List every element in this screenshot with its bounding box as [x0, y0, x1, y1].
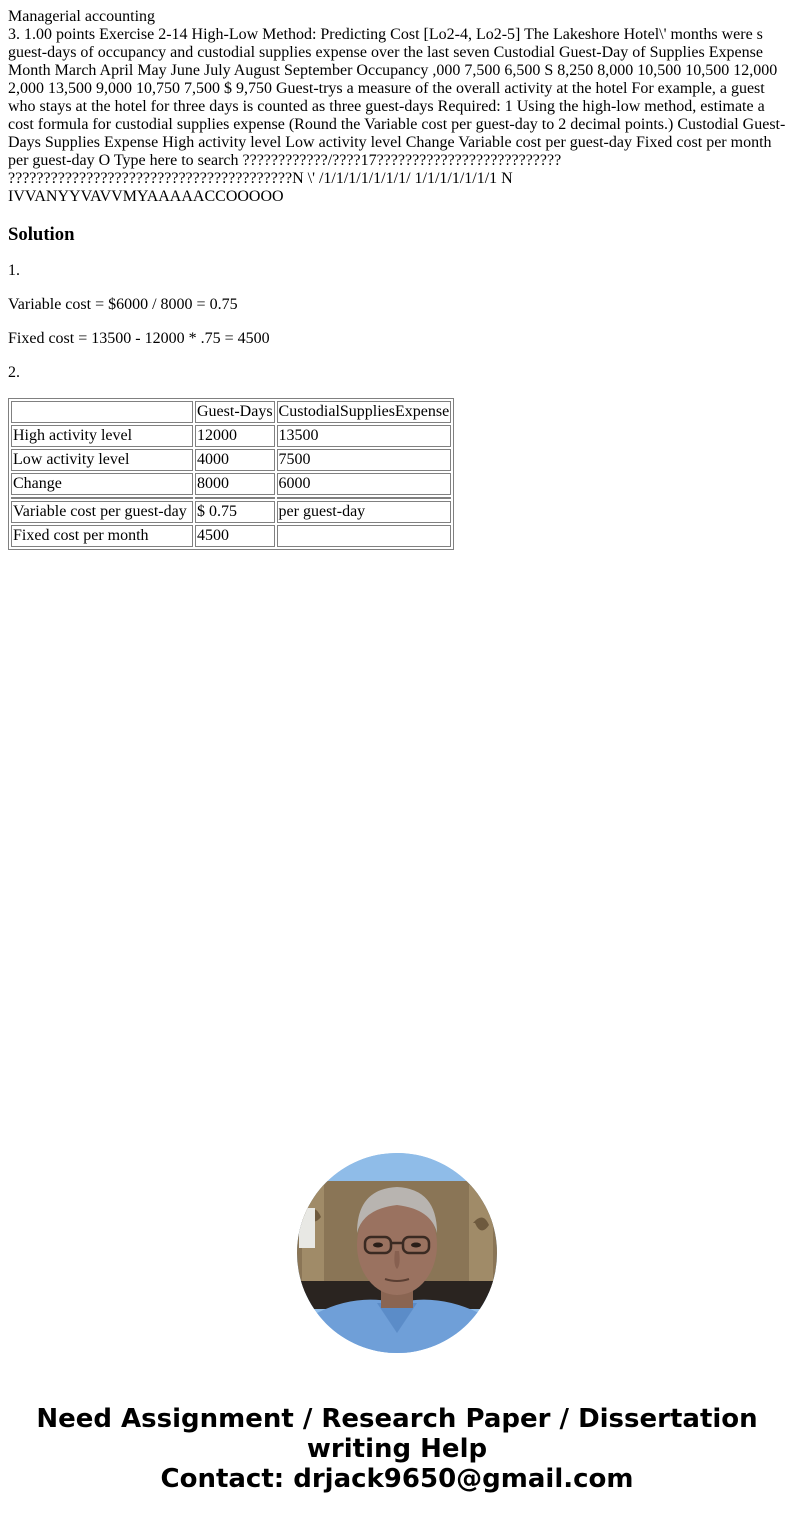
separator-cell [11, 497, 193, 499]
author-avatar [297, 1153, 497, 1353]
question-text: 3. 1.00 points Exercise 2-14 High-Low Me… [8, 26, 786, 206]
table-header-cell: Guest-Days [195, 401, 275, 423]
part2-label: 2. [8, 364, 786, 382]
solution-heading: Solution [8, 224, 786, 246]
table-cell: 6000 [277, 473, 452, 495]
table-cell: 8000 [195, 473, 275, 495]
footer-line-1: Need Assignment / Research Paper / Disse… [0, 1404, 794, 1434]
table-cell: Change [11, 473, 193, 495]
table-cell: 4000 [195, 449, 275, 471]
table-cell: 12000 [195, 425, 275, 447]
table-cell [277, 525, 452, 547]
table-header-cell: CustodialSuppliesExpense [277, 401, 452, 423]
table-row: Variable cost per guest-day $ 0.75 per g… [11, 501, 451, 523]
person-photo-icon [297, 1153, 497, 1353]
table-row: Fixed cost per month 4500 [11, 525, 451, 547]
separator-cell [195, 497, 275, 499]
document-title: Managerial accounting [8, 8, 786, 26]
table-row: Change 8000 6000 [11, 473, 451, 495]
variable-cost-line: Variable cost = $6000 / 8000 = 0.75 [8, 296, 786, 314]
table-row: High activity level 12000 13500 [11, 425, 451, 447]
table-row: Low activity level 4000 7500 [11, 449, 451, 471]
separator-cell [277, 497, 452, 499]
high-low-table: Guest-Days CustodialSuppliesExpense High… [8, 398, 454, 550]
document-body: Managerial accounting 3. 1.00 points Exe… [0, 0, 794, 550]
footer-advertisement: Need Assignment / Research Paper / Disse… [0, 1404, 794, 1494]
table-cell: per guest-day [277, 501, 452, 523]
table-cell: $ 0.75 [195, 501, 275, 523]
table-cell: Variable cost per guest-day [11, 501, 193, 523]
footer-contact: Contact: drjack9650@gmail.com [0, 1464, 794, 1494]
table-cell: Fixed cost per month [11, 525, 193, 547]
table-header-row: Guest-Days CustodialSuppliesExpense [11, 401, 451, 423]
footer-line-2: writing Help [0, 1434, 794, 1464]
table-cell: 13500 [277, 425, 452, 447]
table-header-cell [11, 401, 193, 423]
table-cell: 7500 [277, 449, 452, 471]
fixed-cost-line: Fixed cost = 13500 - 12000 * .75 = 4500 [8, 330, 786, 348]
table-separator-row [11, 497, 451, 499]
table-cell: High activity level [11, 425, 193, 447]
table-cell: Low activity level [11, 449, 193, 471]
table-cell: 4500 [195, 525, 275, 547]
part1-label: 1. [8, 262, 786, 280]
